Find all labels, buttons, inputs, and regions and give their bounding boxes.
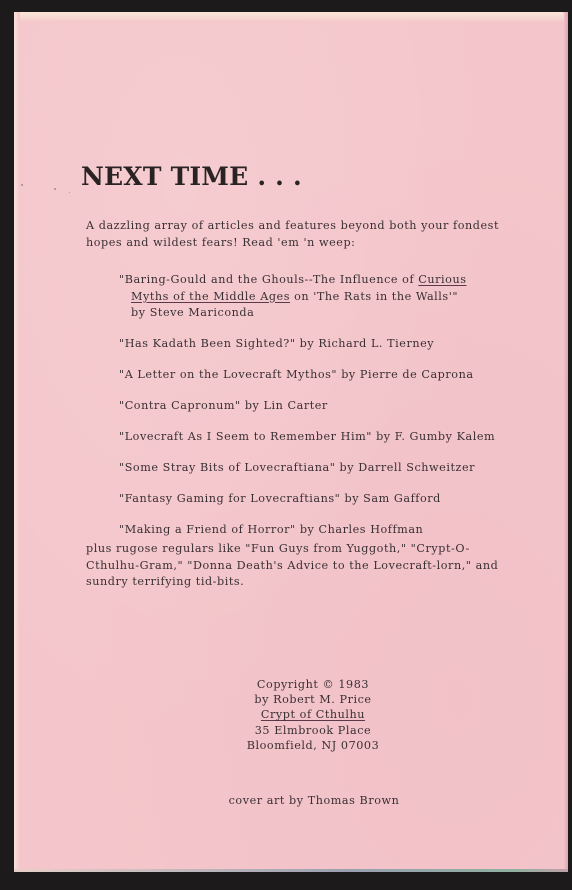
- article-title: "A Letter on the Lovecraft Mythos": [119, 368, 337, 381]
- page-top-edge: [14, 12, 568, 22]
- article-byline: by Steve Mariconda: [131, 306, 254, 319]
- article-list: "Baring-Gould and the Ghouls--The Influe…: [119, 272, 499, 553]
- article-byline: by Pierre de Caprona: [341, 368, 473, 381]
- article-item: "Baring-Gould and the Ghouls--The Influe…: [119, 272, 499, 322]
- publication-name: Crypt of Cthulhu: [228, 707, 398, 722]
- article-title: "Fantasy Gaming for Lovecraftians": [119, 492, 340, 505]
- article-item: "Some Stray Bits of Lovecraftiana" by Da…: [119, 460, 499, 477]
- article-byline: by Lin Carter: [245, 399, 328, 412]
- copyright-author: by Robert M. Price: [228, 692, 398, 707]
- article-title: "Some Stray Bits of Lovecraftiana": [119, 461, 335, 474]
- article-item: "Fantasy Gaming for Lovecraftians" by Sa…: [119, 491, 499, 508]
- article-title-suffix: on 'The Rats in the Walls'": [290, 290, 458, 303]
- article-byline: by Sam Gafford: [344, 492, 440, 505]
- paper-speck: [54, 188, 56, 190]
- address-city: Bloomfield, NJ 07003: [228, 738, 398, 753]
- article-byline: by Richard L. Tierney: [300, 337, 435, 350]
- article-title: "Lovecraft As I Seem to Remember Him": [119, 430, 372, 443]
- address-street: 35 Elmbrook Place: [228, 723, 398, 738]
- article-byline: by Darrell Schweitzer: [340, 461, 476, 474]
- paper-speck: [69, 192, 70, 193]
- article-title: "Has Kadath Been Sighted?": [119, 337, 296, 350]
- article-item: "Contra Capronum" by Lin Carter: [119, 398, 499, 415]
- intro-paragraph: A dazzling array of articles and feature…: [86, 218, 516, 251]
- page-left-edge: [14, 12, 20, 872]
- article-title-prefix: "Baring-Gould and the Ghouls--The Influe…: [119, 273, 418, 286]
- article-byline: by F. Gumby Kalem: [376, 430, 495, 443]
- page-bottom-edge: [14, 869, 568, 872]
- article-item: "Lovecraft As I Seem to Remember Him" by…: [119, 429, 499, 446]
- article-title: "Contra Capronum": [119, 399, 241, 412]
- book-back-cover: NEXT TIME . . . A dazzling array of arti…: [14, 12, 568, 872]
- copyright-notice: Copyright © 1983: [228, 677, 398, 692]
- article-item: "A Letter on the Lovecraft Mythos" by Pi…: [119, 367, 499, 384]
- page-right-edge: [564, 12, 568, 872]
- article-item: "Making a Friend of Horror" by Charles H…: [119, 522, 499, 539]
- cover-art-credit: cover art by Thomas Brown: [174, 793, 454, 810]
- article-item: "Has Kadath Been Sighted?" by Richard L.…: [119, 336, 499, 353]
- article-byline: by Charles Hoffman: [300, 523, 423, 536]
- copyright-block: Copyright © 1983 by Robert M. Price Cryp…: [228, 677, 398, 753]
- article-title: "Making a Friend of Horror": [119, 523, 296, 536]
- page-title: NEXT TIME . . .: [81, 162, 302, 191]
- paper-speck: [21, 184, 23, 186]
- regulars-paragraph: plus rugose regulars like "Fun Guys from…: [86, 541, 516, 591]
